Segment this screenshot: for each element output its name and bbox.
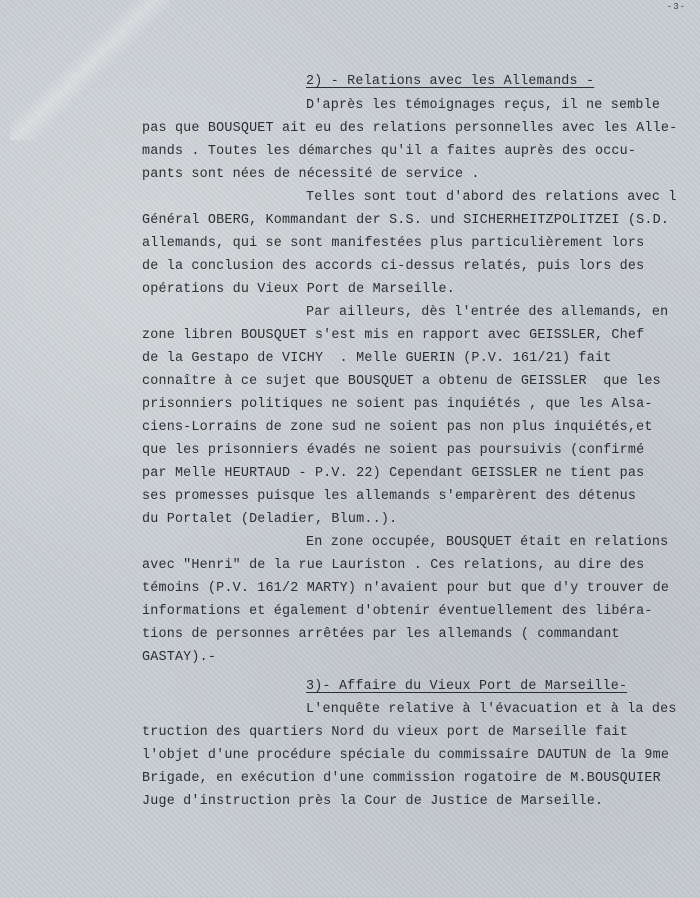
text-line: tions de personnes arrêtées par les alle… <box>142 628 620 641</box>
text-line: pants sont nées de nécessité de service … <box>142 168 480 181</box>
section-3-heading: 3)- Affaire du Vieux Port de Marseille- <box>306 680 627 693</box>
text-line: opérations du Vieux Port de Marseille. <box>142 283 455 296</box>
text-line: ciens-Lorrains de zone sud ne soient pas… <box>142 421 653 434</box>
paper-fold-mark <box>10 0 170 140</box>
text-line: du Portalet (Deladier, Blum..). <box>142 513 397 526</box>
text-line: Par ailleurs, dès l'entrée des allemands… <box>306 306 668 319</box>
page-number: -3- <box>667 2 686 12</box>
text-line: allemands, qui se sont manifestées plus … <box>142 237 644 250</box>
text-line: mands . Toutes les démarches qu'il a fai… <box>142 145 636 158</box>
text-line: Brigade, en exécution d'une commission r… <box>142 772 661 785</box>
section-2-heading: 2) - Relations avec les Allemands - <box>306 75 594 88</box>
text-line: connaître à ce sujet que BOUSQUET a obte… <box>142 375 661 388</box>
text-line: pas que BOUSQUET ait eu des relations pe… <box>142 122 677 135</box>
text-line: En zone occupée, BOUSQUET était en relat… <box>306 536 668 549</box>
text-line: ses promesses puisque les allemands s'em… <box>142 490 636 503</box>
text-line: avec "Henri" de la rue Lauriston . Ces r… <box>142 559 644 572</box>
text-line: prisonniers politiques ne soient pas inq… <box>142 398 653 411</box>
text-line: Général OBERG, Kommandant der S.S. und S… <box>142 214 669 227</box>
text-line: informations et également d'obtenir éven… <box>142 605 653 618</box>
text-line: Telles sont tout d'abord des relations a… <box>306 191 677 204</box>
text-line: par Melle HEURTAUD - P.V. 22) Cependant … <box>142 467 644 480</box>
text-line: D'après les témoignages reçus, il ne sem… <box>306 99 660 112</box>
text-line: Juge d'instruction près la Cour de Justi… <box>142 795 603 808</box>
text-line: que les prisonniers évadés ne soient pas… <box>142 444 644 457</box>
text-line: truction des quartiers Nord du vieux por… <box>142 726 628 739</box>
text-line: l'objet d'une procédure spéciale du comm… <box>142 749 669 762</box>
text-line: de la Gestapo de VICHY . Melle GUERIN (P… <box>142 352 611 365</box>
text-line: témoins (P.V. 161/2 MARTY) n'avaient pou… <box>142 582 669 595</box>
text-line: GASTAY).- <box>142 651 216 664</box>
text-line: de la conclusion des accords ci-dessus r… <box>142 260 644 273</box>
text-line: L'enquête relative à l'évacuation et à l… <box>306 703 677 716</box>
text-line: zone libren BOUSQUET s'est mis en rappor… <box>142 329 644 342</box>
